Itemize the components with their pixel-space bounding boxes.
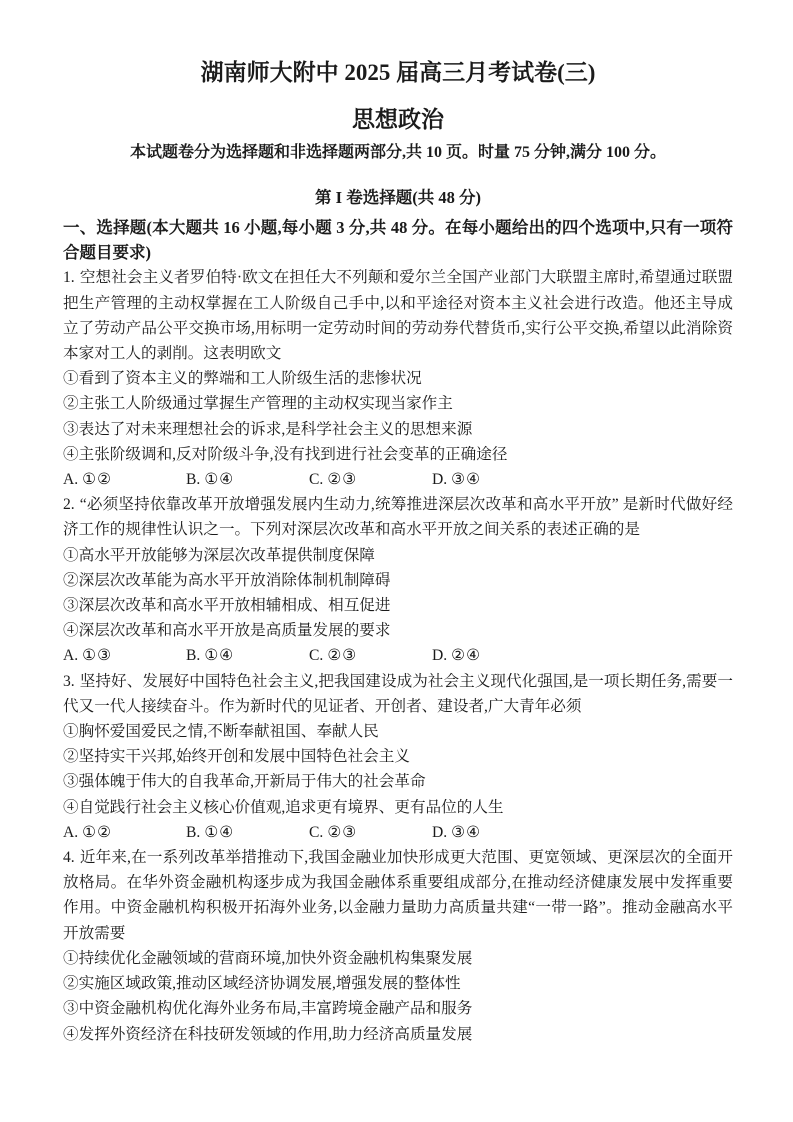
option-label: D. — [432, 647, 447, 664]
question-1-item-2: ②主张工人阶级通过掌握生产管理的主动权实现当家作主 — [63, 391, 733, 416]
exam-subject: 思想政治 — [63, 104, 733, 136]
option-label: A. — [63, 647, 78, 664]
option-choice: ①④ — [204, 824, 234, 841]
question-1-stem-text: 空想社会主义者罗伯特·欧文在担任大不列颠和爱尔兰全国产业部门大联盟主席时,希望通… — [63, 269, 733, 362]
option-label: A. — [63, 824, 78, 841]
question-3-item-4: ④自觉践行社会主义核心价值观,追求更有境界、更有品位的人生 — [63, 795, 733, 820]
question-1-option-d: D.③④ — [432, 467, 481, 492]
question-2-stem: 2.“必须坚持依靠改革开放增强发展内生动力,统筹推进深层次改革和高水平开放” 是… — [63, 492, 733, 542]
question-3-number: 3. — [63, 673, 75, 690]
question-2: 2.“必须坚持依靠改革开放增强发展内生动力,统筹推进深层次改革和高水平开放” 是… — [63, 492, 733, 668]
option-label: C. — [309, 647, 323, 664]
question-3-stem: 3.坚持好、发展好中国特色社会主义,把我国建设成为社会主义现代化强国,是一项长期… — [63, 669, 733, 719]
question-2-option-c: C.②③ — [309, 643, 432, 668]
option-choice: ①④ — [204, 647, 234, 664]
option-label: D. — [432, 824, 447, 841]
option-label: C. — [309, 824, 323, 841]
question-4-stem-text: 近年来,在一系列改革举措推动下,我国金融业加快形成更大范围、更宽领域、更深层次的… — [63, 849, 733, 942]
question-4: 4.近年来,在一系列改革举措推动下,我国金融业加快形成更大范围、更宽领域、更深层… — [63, 845, 733, 1047]
option-choice: ①② — [82, 471, 112, 488]
question-2-item-2: ②深层次改革能为高水平开放消除体制机制障碍 — [63, 568, 733, 593]
question-3: 3.坚持好、发展好中国特色社会主义,把我国建设成为社会主义现代化强国,是一项长期… — [63, 669, 733, 845]
question-1-stem: 1.空想社会主义者罗伯特·欧文在担任大不列颠和爱尔兰全国产业部门大联盟主席时,希… — [63, 265, 733, 366]
question-4-stem: 4.近年来,在一系列改革举措推动下,我国金融业加快形成更大范围、更宽领域、更深层… — [63, 845, 733, 946]
page-content: 湖南师大附中 2025 届高三月考试卷(三) 思想政治 本试题卷分为选择题和非选… — [0, 0, 793, 1047]
option-choice: ②③ — [327, 647, 357, 664]
question-4-item-3: ③中资金融机构优化海外业务布局,丰富跨境金融产品和服务 — [63, 996, 733, 1021]
question-1-option-c: C.②③ — [309, 467, 432, 492]
option-choice: ③④ — [451, 824, 481, 841]
question-2-option-a: A.①③ — [63, 643, 186, 668]
question-1-number: 1. — [63, 269, 75, 286]
question-3-option-a: A.①② — [63, 820, 186, 845]
question-2-option-b: B.①④ — [186, 643, 309, 668]
question-2-stem-text: “必须坚持依靠改革开放增强发展内生动力,统筹推进深层次改革和高水平开放” 是新时… — [63, 496, 733, 538]
question-3-item-2: ②坚持实干兴邦,始终开创和发展中国特色社会主义 — [63, 744, 733, 769]
question-3-item-1: ①胸怀爱国爱民之情,不断奉献祖国、奉献人民 — [63, 719, 733, 744]
question-4-item-4: ④发挥外资经济在科技研发领域的作用,助力经济高质量发展 — [63, 1022, 733, 1047]
option-choice: ①④ — [204, 471, 234, 488]
question-4-number: 4. — [63, 849, 75, 866]
exam-paper-page: 湖南师大附中 2025 届高三月考试卷(三) 思想政治 本试题卷分为选择题和非选… — [0, 0, 793, 1122]
option-choice: ③④ — [451, 471, 481, 488]
question-3-option-d: D.③④ — [432, 820, 481, 845]
question-2-number: 2. — [63, 496, 75, 513]
option-choice: ②③ — [327, 824, 357, 841]
section1-heading: 一、选择题(本大题共 16 小题,每小题 3 分,共 48 分。在每小题给出的四… — [63, 215, 733, 265]
option-label: A. — [63, 471, 78, 488]
question-1-item-1: ①看到了资本主义的弊端和工人阶级生活的悲惨状况 — [63, 366, 733, 391]
option-label: D. — [432, 471, 447, 488]
question-1-item-3: ③表达了对未来理想社会的诉求,是科学社会主义的思想来源 — [63, 417, 733, 442]
question-2-item-3: ③深层次改革和高水平开放相辅相成、相互促进 — [63, 593, 733, 618]
question-1-options: A.①② B.①④ C.②③ D.③④ — [63, 467, 733, 492]
question-3-stem-text: 坚持好、发展好中国特色社会主义,把我国建设成为社会主义现代化强国,是一项长期任务… — [63, 673, 733, 715]
question-4-item-2: ②实施区域政策,推动区域经济协调发展,增强发展的整体性 — [63, 971, 733, 996]
option-choice: ①② — [82, 824, 112, 841]
exam-instructions: 本试题卷分为选择题和非选择题两部分,共 10 页。时量 75 分钟,满分 100… — [63, 141, 733, 165]
question-3-options: A.①② B.①④ C.②③ D.③④ — [63, 820, 733, 845]
option-label: B. — [186, 647, 200, 664]
question-2-item-1: ①高水平开放能够为深层次改革提供制度保障 — [63, 543, 733, 568]
question-2-item-4: ④深层次改革和高水平开放是高质量发展的要求 — [63, 618, 733, 643]
part1-heading: 第 I 卷选择题(共 48 分) — [63, 186, 733, 210]
question-3-item-3: ③强体魄于伟大的自我革命,开新局于伟大的社会革命 — [63, 769, 733, 794]
option-label: C. — [309, 471, 323, 488]
option-label: B. — [186, 471, 200, 488]
option-choice: ②③ — [327, 471, 357, 488]
question-4-item-1: ①持续优化金融领域的营商环境,加快外资金融机构集聚发展 — [63, 946, 733, 971]
question-1-option-a: A.①② — [63, 467, 186, 492]
question-2-options: A.①③ B.①④ C.②③ D.②④ — [63, 643, 733, 668]
option-choice: ②④ — [451, 647, 481, 664]
question-2-option-d: D.②④ — [432, 643, 481, 668]
question-3-option-c: C.②③ — [309, 820, 432, 845]
question-1-item-4: ④主张阶级调和,反对阶级斗争,没有找到进行社会变革的正确途径 — [63, 442, 733, 467]
question-1-option-b: B.①④ — [186, 467, 309, 492]
option-choice: ①③ — [82, 647, 112, 664]
option-label: B. — [186, 824, 200, 841]
exam-title: 湖南师大附中 2025 届高三月考试卷(三) — [63, 56, 733, 90]
question-1: 1.空想社会主义者罗伯特·欧文在担任大不列颠和爱尔兰全国产业部门大联盟主席时,希… — [63, 265, 733, 492]
question-3-option-b: B.①④ — [186, 820, 309, 845]
